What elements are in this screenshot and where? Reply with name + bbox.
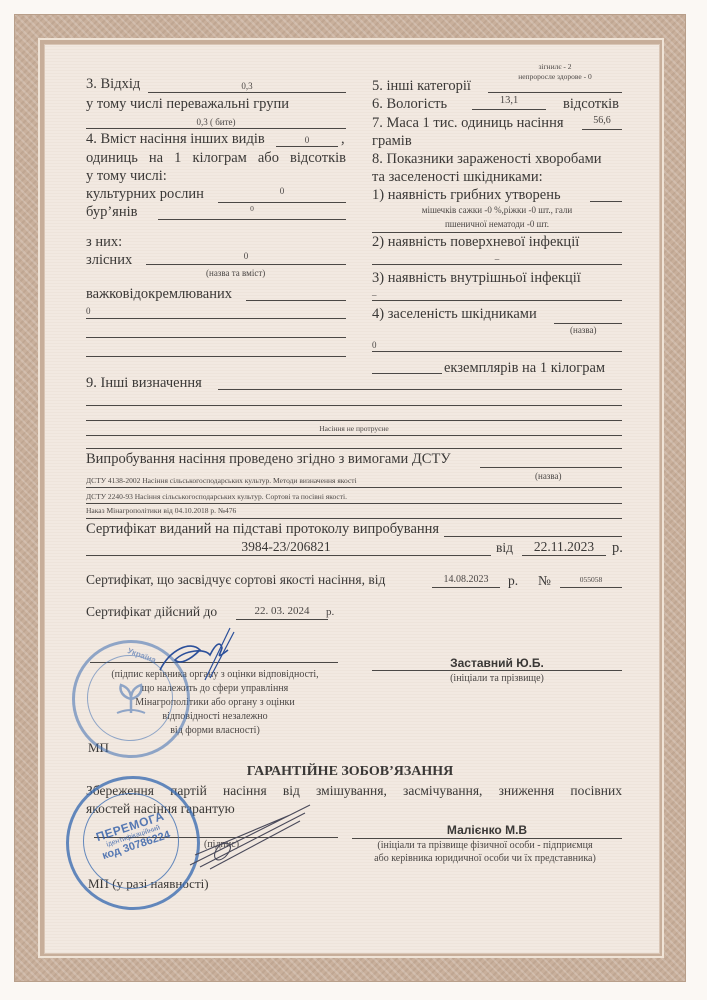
line: [86, 555, 491, 556]
line: [86, 420, 622, 421]
fungal-value-2: пшеничної нематоди -0 шт.: [372, 219, 622, 229]
sprout-icon: [109, 677, 153, 721]
hard-separable-value: 0: [86, 306, 91, 316]
moisture-value: 13,1: [472, 96, 546, 106]
moisture-line: [472, 109, 546, 110]
line: [86, 518, 622, 519]
waste-line: [148, 92, 346, 93]
varietal-number: 055058: [560, 575, 622, 584]
infection-title-1: 8. Показники зараженості хворобами: [372, 151, 602, 167]
protocol-date-suffix: р.: [612, 540, 623, 556]
line: [432, 587, 500, 588]
other-determinations-value: Насіння не протруєне: [86, 424, 622, 433]
waste-groups-line: [86, 128, 346, 129]
fungal-value-1: мішечків сажки -0 %,ріжки -0 шт., гали: [372, 205, 622, 215]
fungal-label: 1) наявність грибних утворень: [372, 187, 561, 203]
validity-date: 22. 03. 2024: [236, 606, 328, 616]
comma: ,: [341, 131, 345, 147]
line: [86, 405, 622, 406]
specimens-label: екземплярів на 1 кілограм: [444, 360, 605, 376]
official-signature: [150, 620, 240, 690]
line: [86, 487, 622, 488]
testing-hint: (назва): [535, 471, 562, 481]
mass-line: [582, 129, 622, 130]
specimens-line: [372, 373, 442, 374]
line: [444, 536, 622, 537]
waste-groups-value: 0,3 ( бите): [86, 117, 346, 127]
protocol-label: Сертифікат виданий на підставі протоколу…: [86, 521, 439, 537]
pests-line: [554, 323, 622, 324]
name-line: [372, 670, 622, 671]
other-seeds-label: 4. Вміст насіння інших видів: [86, 131, 265, 147]
line: [86, 435, 622, 436]
other-categories-value-1: зігнилє - 2: [488, 62, 622, 71]
varietal-date: 14.08.2023: [432, 575, 500, 585]
weeds-line: [158, 219, 346, 220]
internal-line: [372, 300, 622, 301]
malicious-value: 0: [146, 251, 346, 261]
line: [480, 467, 622, 468]
standard-2: ДСТУ 2240-93 Насіння сільськогосподарськ…: [86, 492, 347, 501]
signer-line: [352, 838, 622, 839]
protocol-number: 3984-23/206821: [86, 539, 486, 555]
official-name: Заставний Ю.Б.: [372, 655, 622, 671]
other-seeds-line: [276, 146, 338, 147]
blank-line: [86, 356, 346, 357]
weeds-label: бур’янів: [86, 204, 137, 220]
mass-value: 56,6: [582, 116, 622, 126]
malicious-label: злісних: [86, 252, 132, 268]
fungal-line-2: [372, 232, 622, 233]
cultivated-label: культурних рослин: [86, 186, 204, 202]
line: [560, 587, 622, 588]
cultivated-value: 0: [218, 186, 346, 196]
surface-value: –: [372, 254, 622, 264]
line: [86, 503, 622, 504]
signer-hint-1: (ініціали та прізвище фізичної особи - п…: [340, 841, 630, 851]
waste-value: 0,3: [148, 81, 346, 91]
moisture-label: 6. Вологість: [372, 96, 447, 112]
mass-unit: грамів: [372, 133, 412, 149]
official-name-hint: (ініціали та прізвище): [372, 674, 622, 684]
surface-line: [372, 264, 622, 265]
standard-3: Наказ Мінагрополітики від 04.10.2018 р. …: [86, 506, 236, 515]
testing-label: Випробування насіння проведено згідно з …: [86, 451, 451, 467]
varietal-number-prefix: №: [538, 573, 551, 589]
including-label: у тому числі:: [86, 168, 167, 184]
hard-separable-label: важковідокремлюваних: [86, 286, 232, 302]
line: [218, 389, 622, 390]
other-seeds-value: 0: [276, 135, 338, 145]
other-determinations-label: 9. Інші визначення: [86, 375, 202, 391]
varietal-label: Сертифікат, що засвідчує сортові якості …: [86, 572, 385, 588]
guarantee-signer-name: Малієнко М.В: [352, 823, 622, 837]
waste-label: 3. Відхід: [86, 76, 140, 92]
hard-separable-line: [246, 300, 346, 301]
moisture-unit: відсотків: [563, 96, 619, 112]
validity-suffix: р.: [326, 607, 334, 617]
waste-groups-label: у тому числі переважальні групи: [86, 96, 289, 112]
guarantee-signature: [180, 795, 320, 875]
blank-line: [86, 318, 346, 319]
line: [236, 619, 328, 620]
internal-label: 3) наявність внутрішньої інфекції: [372, 270, 581, 286]
pests-label: 4) заселеність шкідниками: [372, 306, 537, 322]
malicious-line: [146, 264, 346, 265]
pests-value: 0: [372, 340, 377, 350]
other-categories-label: 5. інші категорії: [372, 78, 471, 94]
other-categories-line: [488, 92, 622, 93]
signer-hint-2: або керівника юридичної особи чи їх пред…: [340, 854, 630, 864]
fungal-line-1: [590, 201, 622, 202]
varietal-date-suffix: р.: [508, 573, 518, 589]
of-them-label: з них:: [86, 234, 122, 250]
other-categories-value-2: непроросле здорове - 0: [488, 72, 622, 81]
infection-title-2: та заселеності шкідниками:: [372, 169, 543, 185]
surface-label: 2) наявність поверхневої інфекції: [372, 234, 579, 250]
pests-hint: (назва): [570, 325, 597, 335]
protocol-date: 22.11.2023: [522, 539, 606, 555]
pests-value-line: [372, 351, 622, 352]
internal-value: –: [372, 290, 377, 300]
weeds-value: 0: [158, 204, 346, 213]
validity-label: Сертифікат дійсний до: [86, 604, 217, 620]
blank-line: [86, 337, 346, 338]
malicious-hint: (назва та вміст): [206, 268, 265, 278]
line: [86, 448, 622, 449]
mass-label: 7. Маса 1 тис. одиниць насіння: [372, 115, 564, 131]
line: [522, 555, 606, 556]
protocol-date-prefix: від: [496, 540, 513, 556]
standard-1: ДСТУ 4138-2002 Насіння сільськогосподарс…: [86, 476, 357, 485]
cultivated-line: [218, 202, 346, 203]
other-seeds-units: одиниць на 1 кілограм або відсотків: [86, 150, 346, 166]
